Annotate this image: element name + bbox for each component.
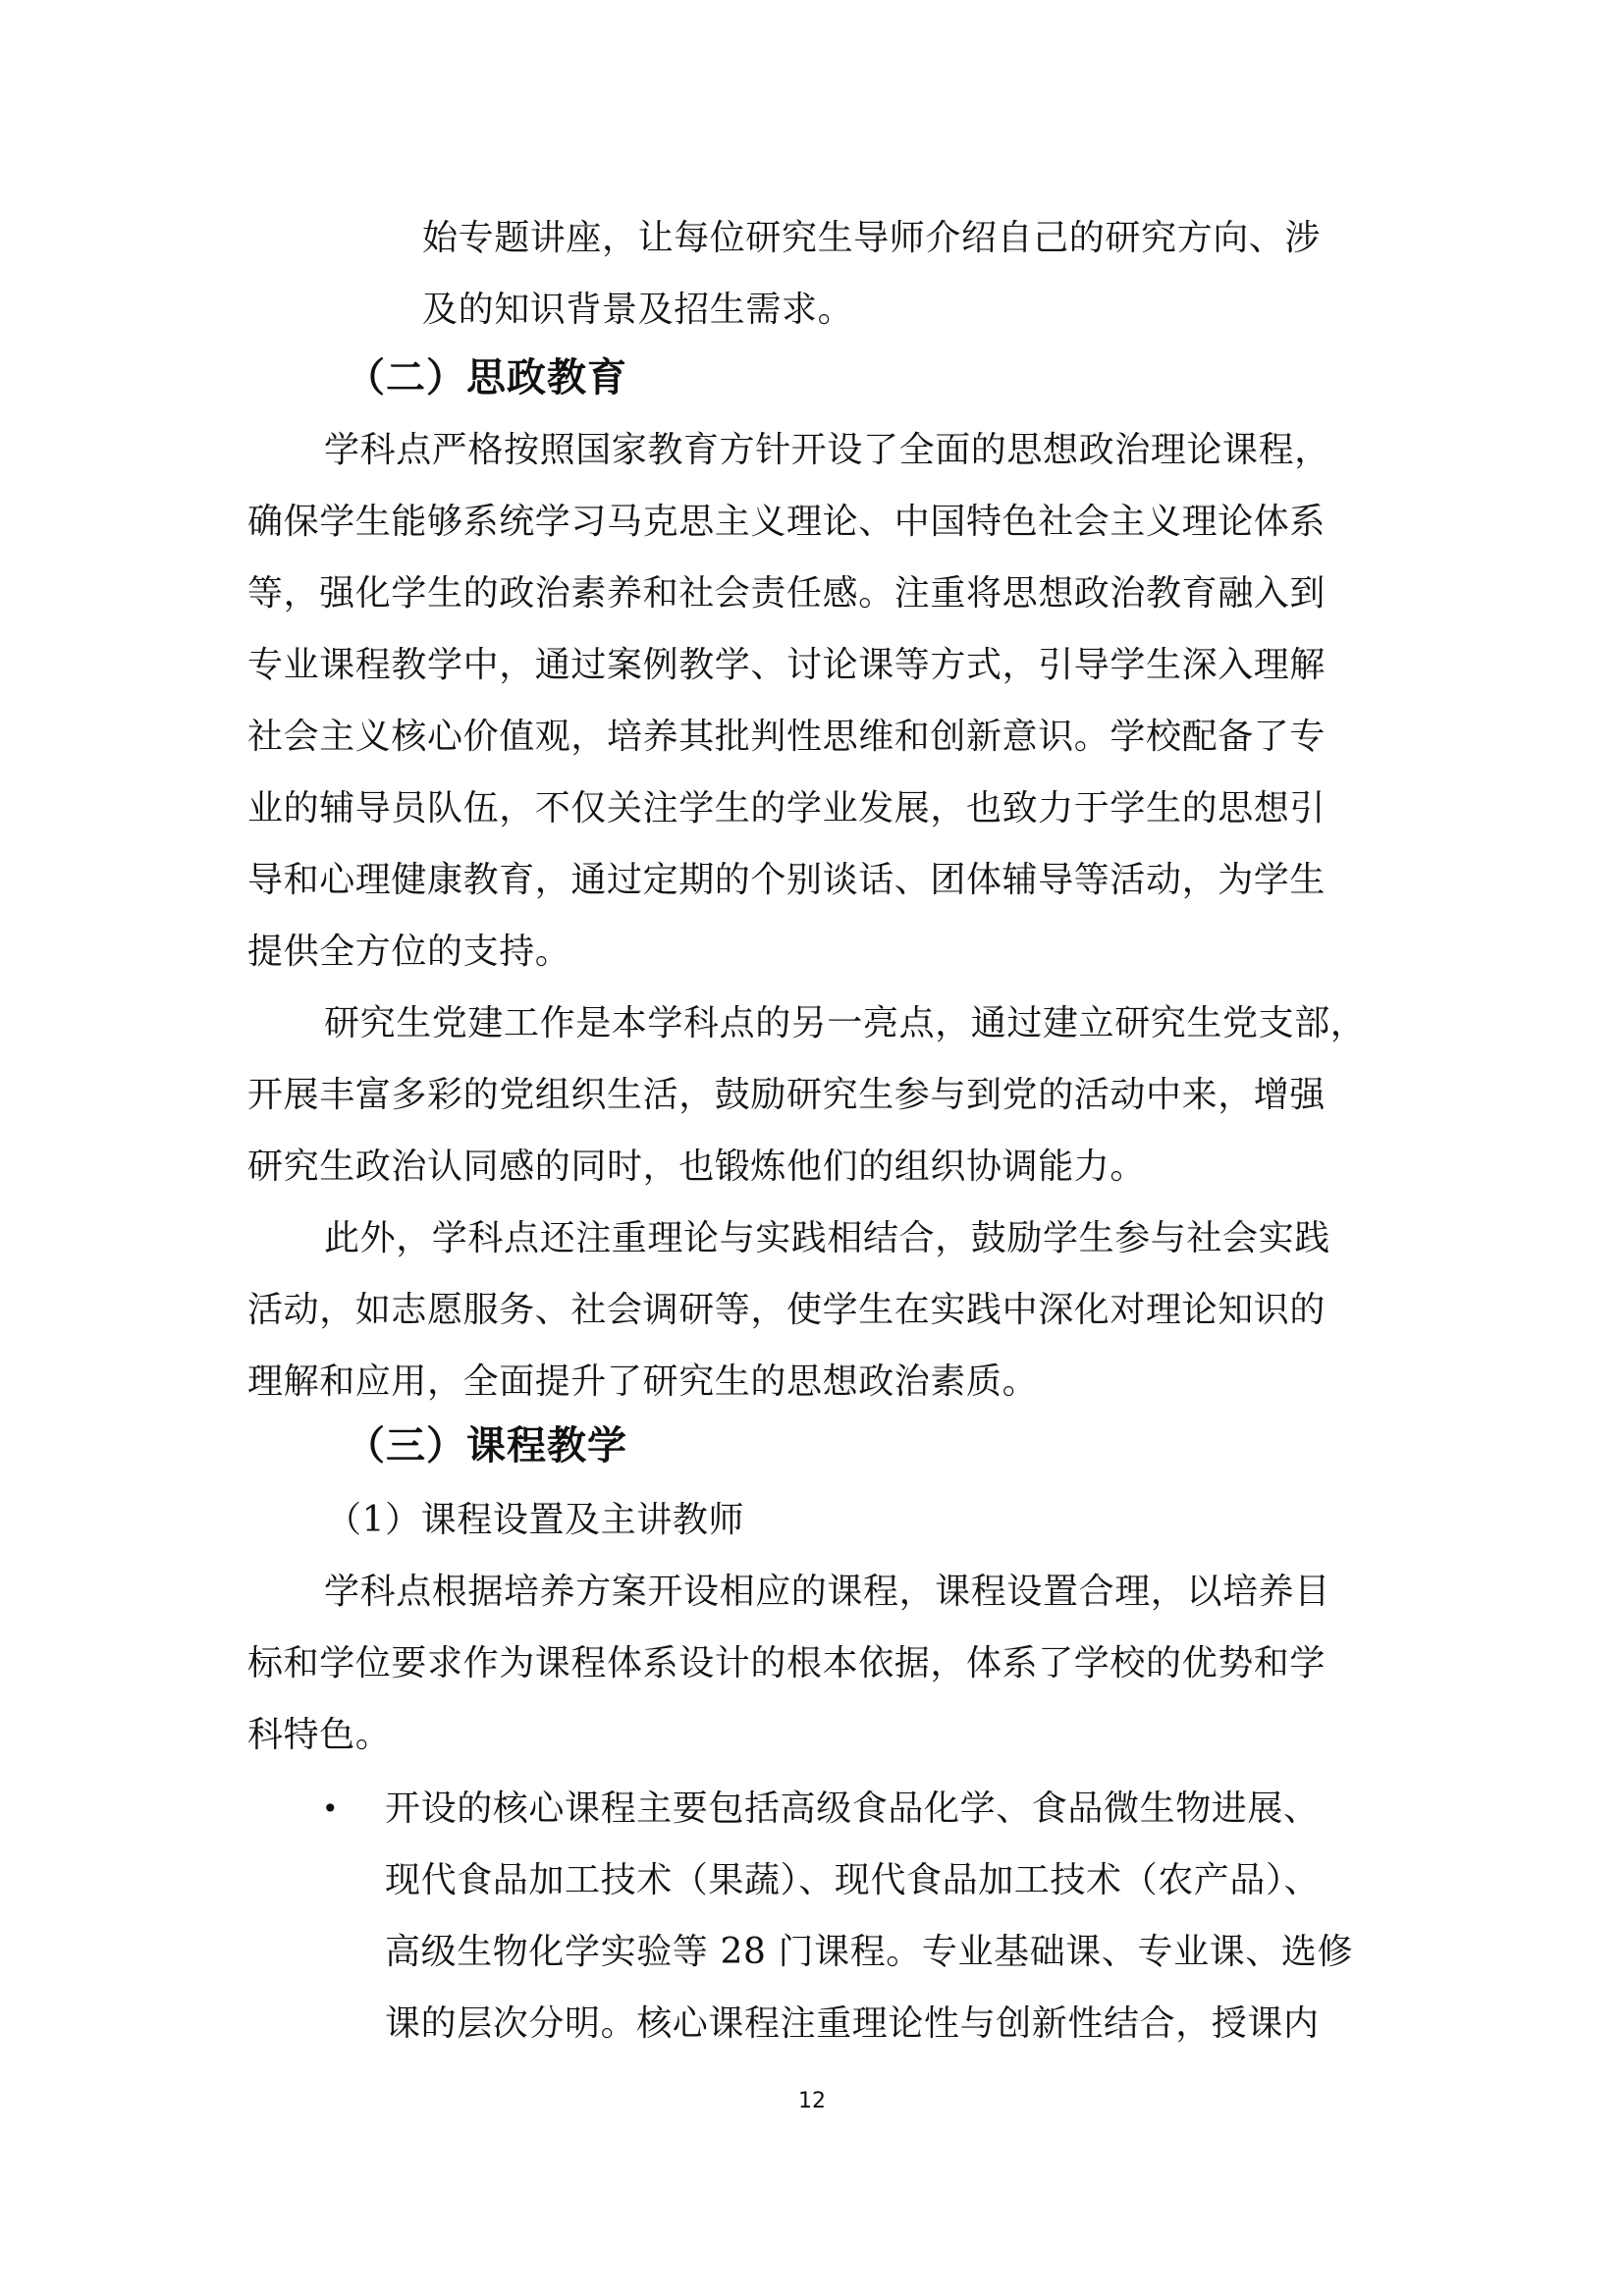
body-line: 理解和应用，全面提升了研究生的思想政治素质。 xyxy=(247,1361,1038,1404)
body-line: 及的知识背景及招生需求。 xyxy=(422,289,853,332)
body-line: 活动，如志愿服务、社会调研等，使学生在实践中深化对理论知识的 xyxy=(247,1289,1326,1332)
body-line: 专业课程教学中，通过案例教学、讨论课等方式，引导学生深入理解 xyxy=(247,644,1326,687)
page-number: 12 xyxy=(0,2089,1624,2113)
bullet-line: 现代食品加工技术（果蔬）、现代食品加工技术（农产品）、 xyxy=(385,1859,1320,1902)
body-line: 标和学位要求作为课程体系设计的根本依据，体系了学校的优势和学 xyxy=(247,1642,1326,1685)
section-heading-course-teaching: （三）课程教学 xyxy=(346,1421,627,1470)
body-line: 导和心理健康教育，通过定期的个别谈话、团体辅导等活动，为学生 xyxy=(247,859,1326,902)
body-line: 科特色。 xyxy=(247,1714,391,1757)
body-line: 确保学生能够系统学习马克思主义理论、中国特色社会主义理论体系 xyxy=(247,501,1326,544)
bullet-line: 开设的核心课程主要包括高级食品化学、食品微生物进展、 xyxy=(385,1788,1320,1831)
body-line: 业的辅导员队伍，不仅关注学生的学业发展，也致力于学生的思想引 xyxy=(247,787,1326,830)
body-line: 始专题讲座，让每位研究生导师介绍自己的研究方向、涉 xyxy=(422,217,1321,260)
body-line: 研究生党建工作是本学科点的另一亮点，通过建立研究生党支部， xyxy=(324,1002,1366,1045)
body-line: 此外，学科点还注重理论与实践相结合，鼓励学生参与社会实践 xyxy=(324,1217,1330,1260)
body-line: 学科点严格按照国家教育方针开设了全面的思想政治理论课程， xyxy=(324,429,1330,472)
body-line: 学科点根据培养方案开设相应的课程，课程设置合理，以培养目 xyxy=(324,1571,1330,1614)
bullet-line: 课的层次分明。核心课程注重理论性与创新性结合，授课内 xyxy=(385,2002,1320,2046)
bullet-line: 高级生物化学实验等 28 门课程。专业基础课、专业课、选修 xyxy=(385,1931,1353,1974)
document-page: 始专题讲座，让每位研究生导师介绍自己的研究方向、涉 及的知识背景及招生需求。 （… xyxy=(0,0,1624,2296)
body-line: 开展丰富多彩的党组织生活，鼓励研究生参与到党的活动中来，增强 xyxy=(247,1074,1326,1117)
subsection-heading: （1）课程设置及主讲教师 xyxy=(326,1499,744,1542)
body-line: 等，强化学生的政治素养和社会责任感。注重将思想政治教育融入到 xyxy=(247,572,1326,615)
body-line: 提供全方位的支持。 xyxy=(247,931,570,974)
section-heading-ideological-education: （二）思政教育 xyxy=(346,353,627,402)
body-line: 社会主义核心价值观，培养其批判性思维和创新意识。学校配备了专 xyxy=(247,716,1326,759)
body-line: 研究生政治认同感的同时，也锻炼他们的组织协调能力。 xyxy=(247,1146,1146,1189)
bullet-icon: • xyxy=(322,1788,339,1831)
